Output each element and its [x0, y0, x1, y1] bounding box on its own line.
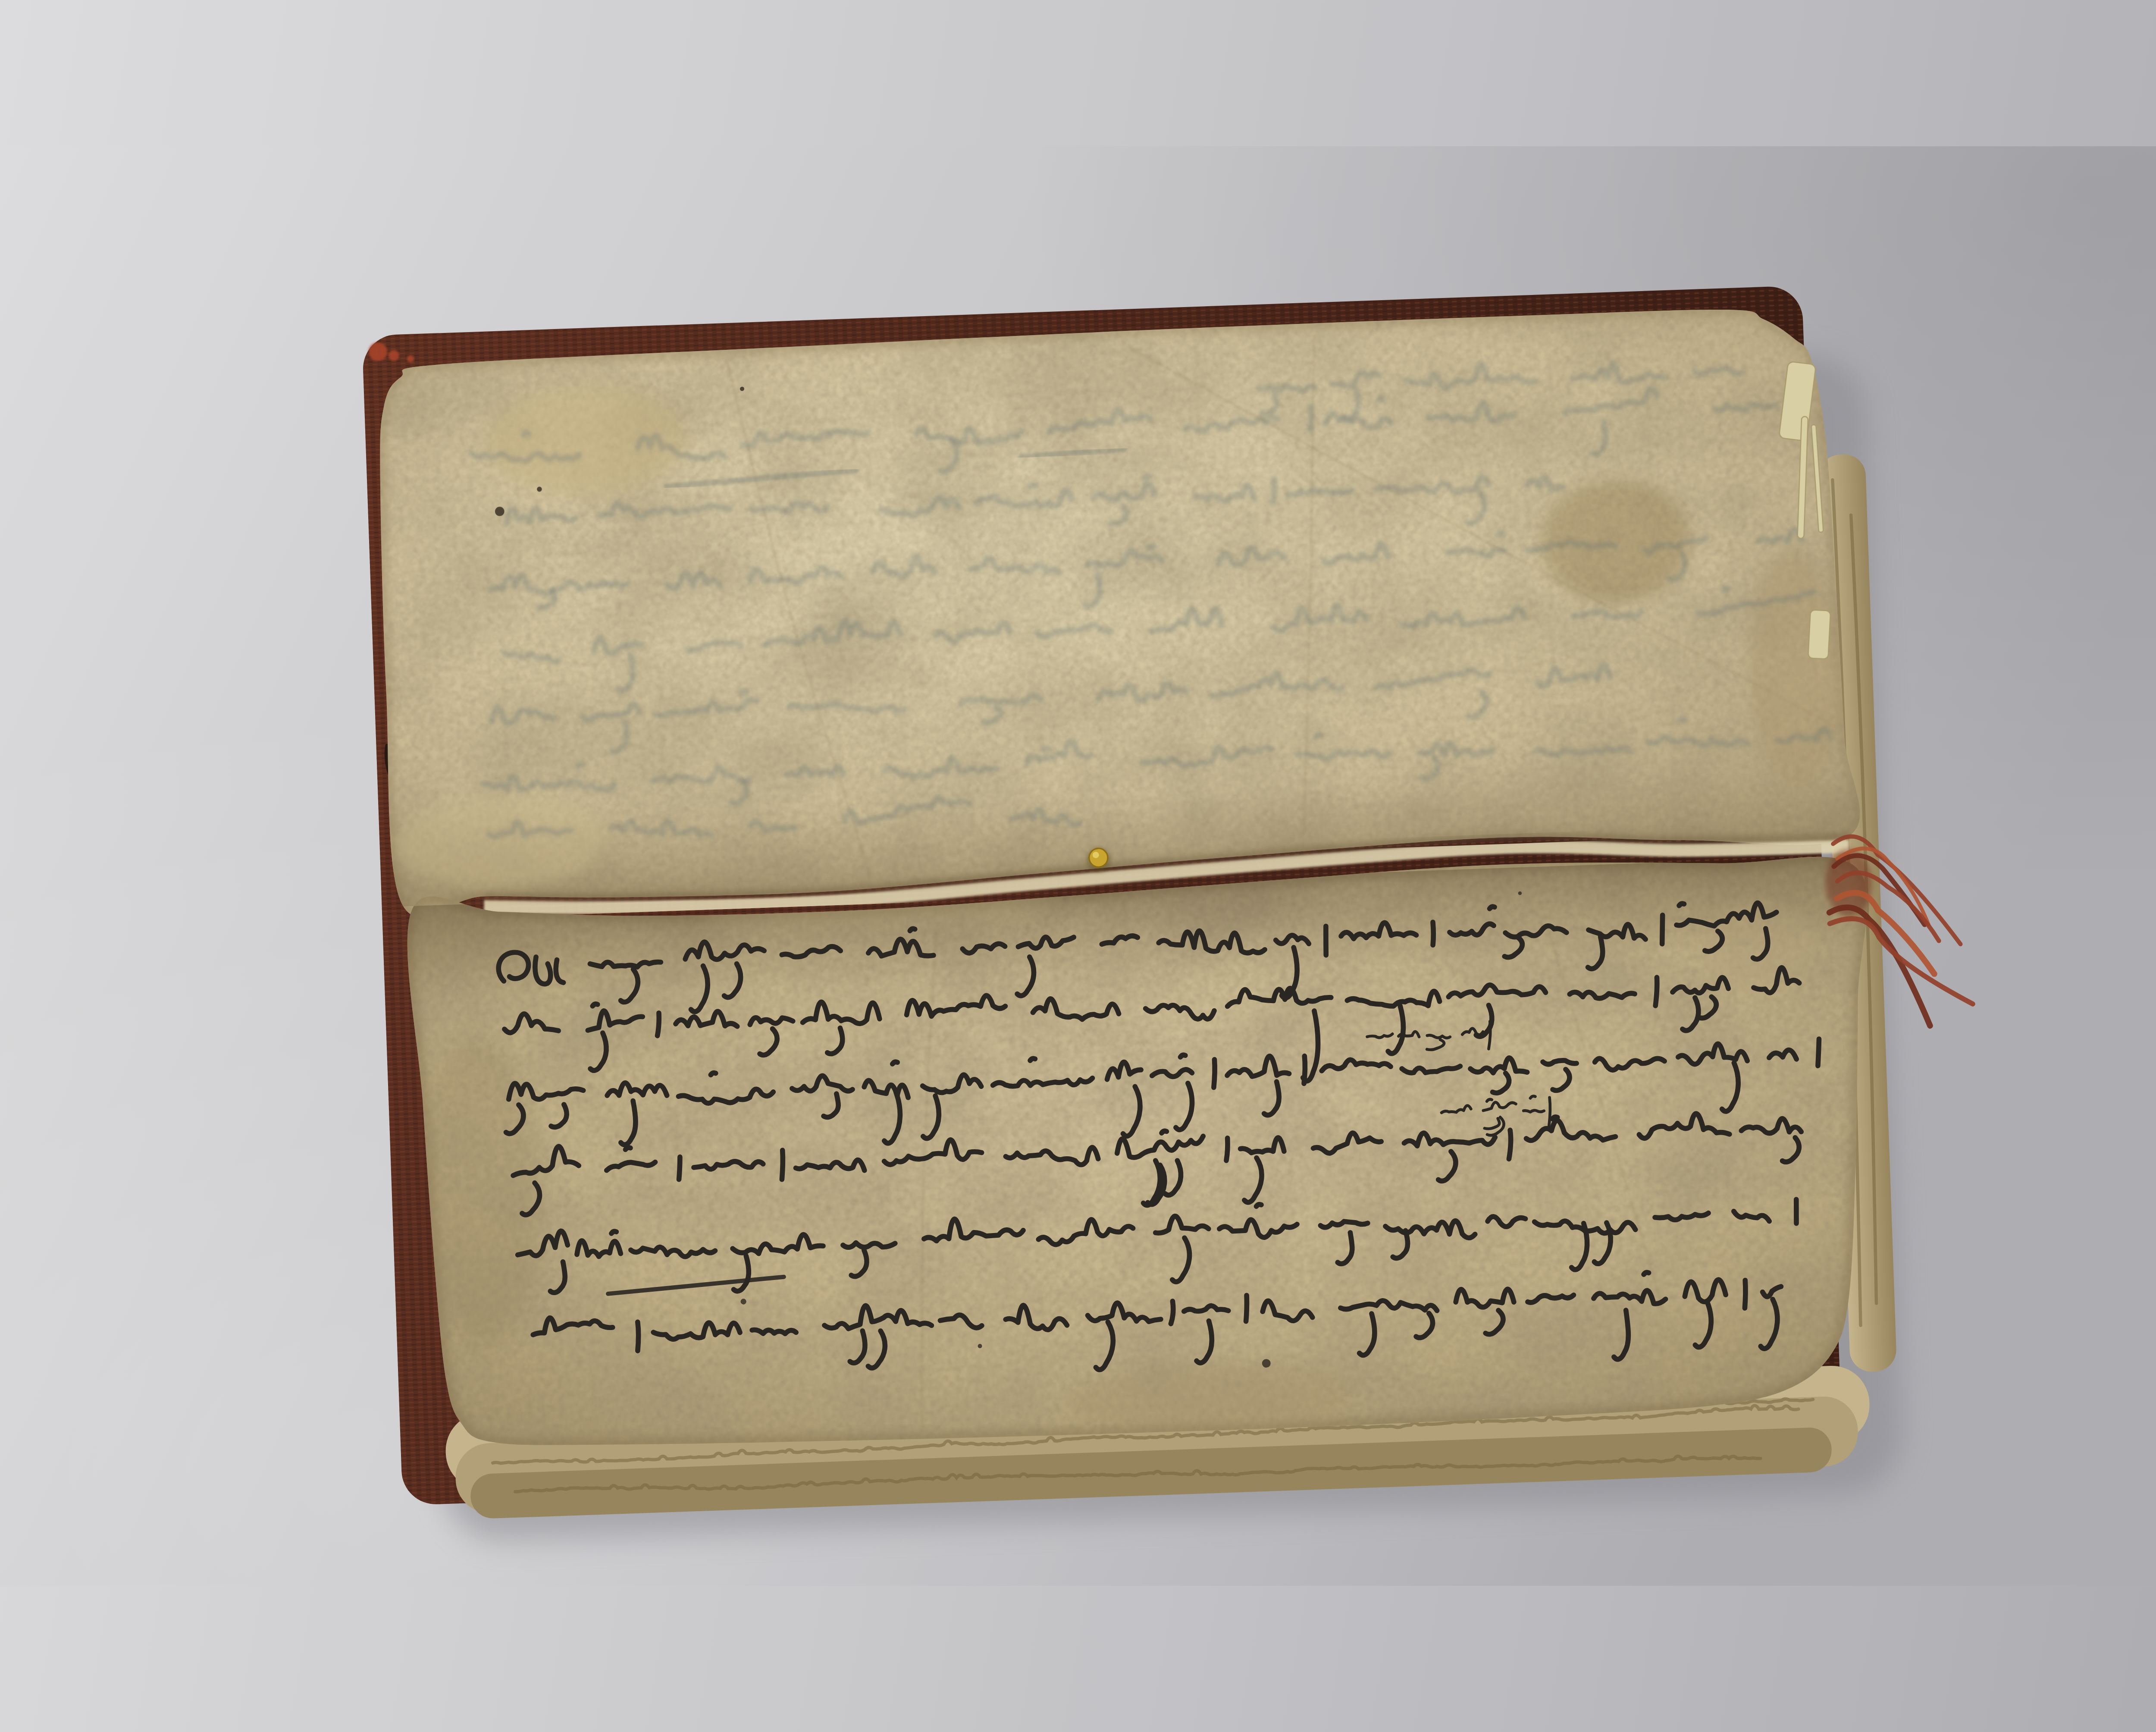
gold-fastener-dot	[1089, 848, 1108, 867]
photo-stage	[0, 0, 2156, 1732]
paper-tab	[1808, 610, 1830, 659]
lower-page	[394, 836, 1918, 1480]
manuscript-book	[360, 280, 1989, 1522]
manuscript-photograph	[0, 0, 2156, 1732]
